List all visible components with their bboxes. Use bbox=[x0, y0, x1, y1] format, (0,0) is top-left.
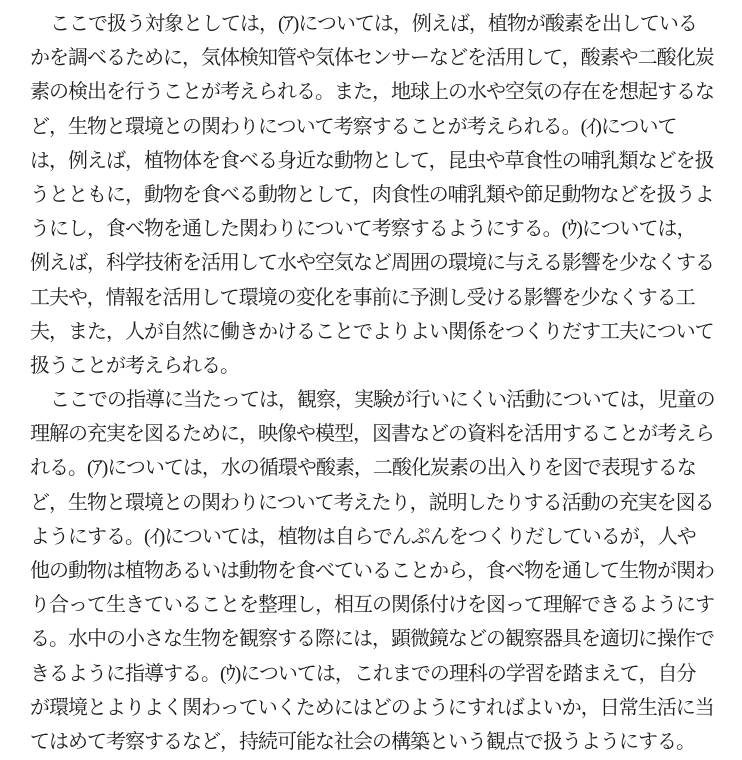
text-line: れる。(ｱ)については，水の循環や酸素，二酸化炭素の出入りを図で表現するな bbox=[30, 451, 730, 485]
paragraph-2: ここでの指導に当たっては，観察，実験が行いにくい活動については，児童の 理解の充… bbox=[30, 383, 730, 759]
text-line: てはめて考察するなど，持続可能な社会の構築という観点で扱うようにする。 bbox=[30, 725, 730, 759]
paragraph-1: ここで扱う対象としては，(ｱ)については，例えば，植物が酸素を出している かを調… bbox=[30, 7, 730, 383]
text-line: 夫，また，人が自然に働きかけることでよりよい関係をつくりだす工夫について bbox=[30, 315, 730, 349]
text-line: る。水中の小さな生物を観察する際には，顕微鏡などの観察器具を適切に操作で bbox=[30, 622, 730, 656]
text-line: ここで扱う対象としては，(ｱ)については，例えば，植物が酸素を出している bbox=[30, 7, 730, 41]
text-line: 素の検出を行うことが考えられる。また，地球上の水や空気の存在を想起するな bbox=[30, 75, 730, 109]
text-line: 例えば，科学技術を活用して水や空気など周囲の環境に与える影響を少なくする bbox=[30, 246, 730, 280]
text-line: ここでの指導に当たっては，観察，実験が行いにくい活動については，児童の bbox=[30, 383, 730, 417]
text-line: り合って生きていることを整理し，相互の関係付けを図って理解できるようにす bbox=[30, 588, 730, 622]
text-line: 他の動物は植物あるいは動物を食べていることから，食べ物を通して生物が関わ bbox=[30, 554, 730, 588]
text-line: 工夫や，情報を活用して環境の変化を事前に予測し受ける影響を少なくする工 bbox=[30, 281, 730, 315]
text-line: 扱うことが考えられる。 bbox=[30, 349, 730, 383]
text-line: うにし，食べ物を通した関わりについて考察するようにする。(ｳ)については， bbox=[30, 212, 730, 246]
text-line: ようにする。(ｲ)については，植物は自らでんぷんをつくりだしているが，人や bbox=[30, 520, 730, 554]
text-line: が環境とよりよく関わっていくためにはどのようにすればよいか，日常生活に当 bbox=[30, 691, 730, 725]
text-line: ど，生物と環境との関わりについて考察することが考えられる。(ｲ)について bbox=[30, 110, 730, 144]
text-line: ど，生物と環境との関わりについて考えたり，説明したりする活動の充実を図る bbox=[30, 486, 730, 520]
text-line: きるように指導する。(ｳ)については，これまでの理科の学習を踏まえて，自分 bbox=[30, 657, 730, 691]
text-line: うとともに，動物を食べる動物として，肉食性の哺乳類や節足動物などを扱うよ bbox=[30, 178, 730, 212]
document-page: ここで扱う対象としては，(ｱ)については，例えば，植物が酸素を出している かを調… bbox=[30, 7, 730, 759]
text-line: は，例えば，植物体を食べる身近な動物として，昆虫や草食性の哺乳類などを扱 bbox=[30, 144, 730, 178]
text-line: かを調べるために，気体検知管や気体センサーなどを活用して，酸素や二酸化炭 bbox=[30, 41, 730, 75]
text-line: 理解の充実を図るために，映像や模型，図書などの資料を活用することが考えら bbox=[30, 417, 730, 451]
